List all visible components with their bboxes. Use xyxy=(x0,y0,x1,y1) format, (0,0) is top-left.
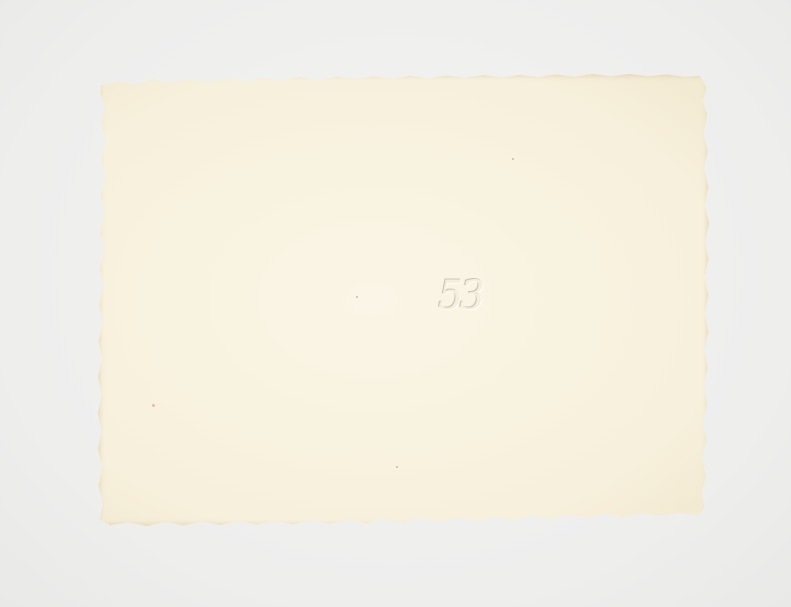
deckled-edge xyxy=(98,74,709,526)
paper-speck xyxy=(512,158,514,160)
photo-back-card xyxy=(98,74,709,526)
paper-speck xyxy=(356,296,358,298)
inscription-number: 53 xyxy=(438,276,481,316)
paper-speck xyxy=(152,404,155,407)
paper-speck xyxy=(396,466,398,468)
